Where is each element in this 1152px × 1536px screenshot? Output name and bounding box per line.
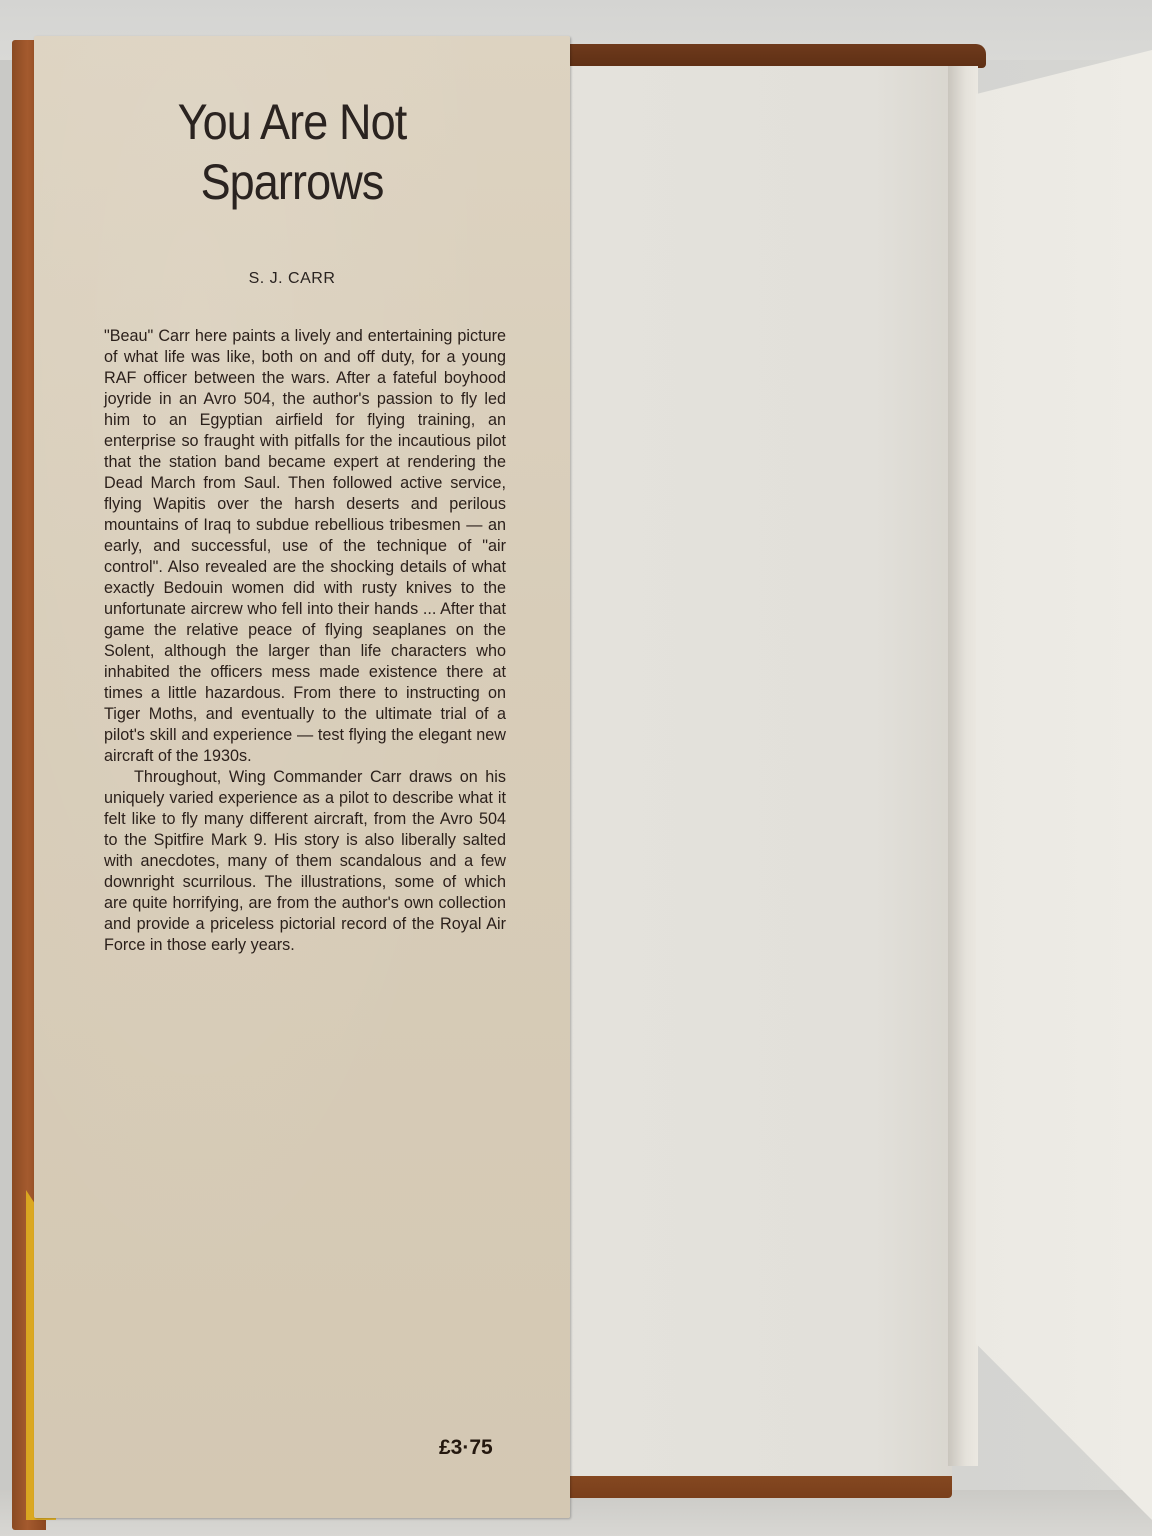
book-author: S. J. CARR [34, 270, 550, 288]
dust-jacket-flap: You Are Not Sparrows S. J. CARR "Beau" C… [34, 36, 570, 1518]
book-blurb: "Beau" Carr here paints a lively and ent… [104, 326, 506, 956]
blurb-paragraph-1: "Beau" Carr here paints a lively and ent… [104, 326, 506, 767]
book-gutter [948, 66, 978, 1466]
book-board-top-edge [556, 44, 986, 68]
endpaper-pastedown [560, 66, 952, 1476]
blurb-paragraph-2: Throughout, Wing Commander Carr draws on… [104, 767, 506, 956]
free-endpaper [976, 50, 1152, 1520]
book-title-line-2: Sparrows [60, 152, 524, 212]
book-price: £3·75 [439, 1436, 493, 1460]
book-title-line-1: You Are Not [60, 92, 524, 152]
book-title: You Are Not Sparrows [60, 92, 524, 212]
